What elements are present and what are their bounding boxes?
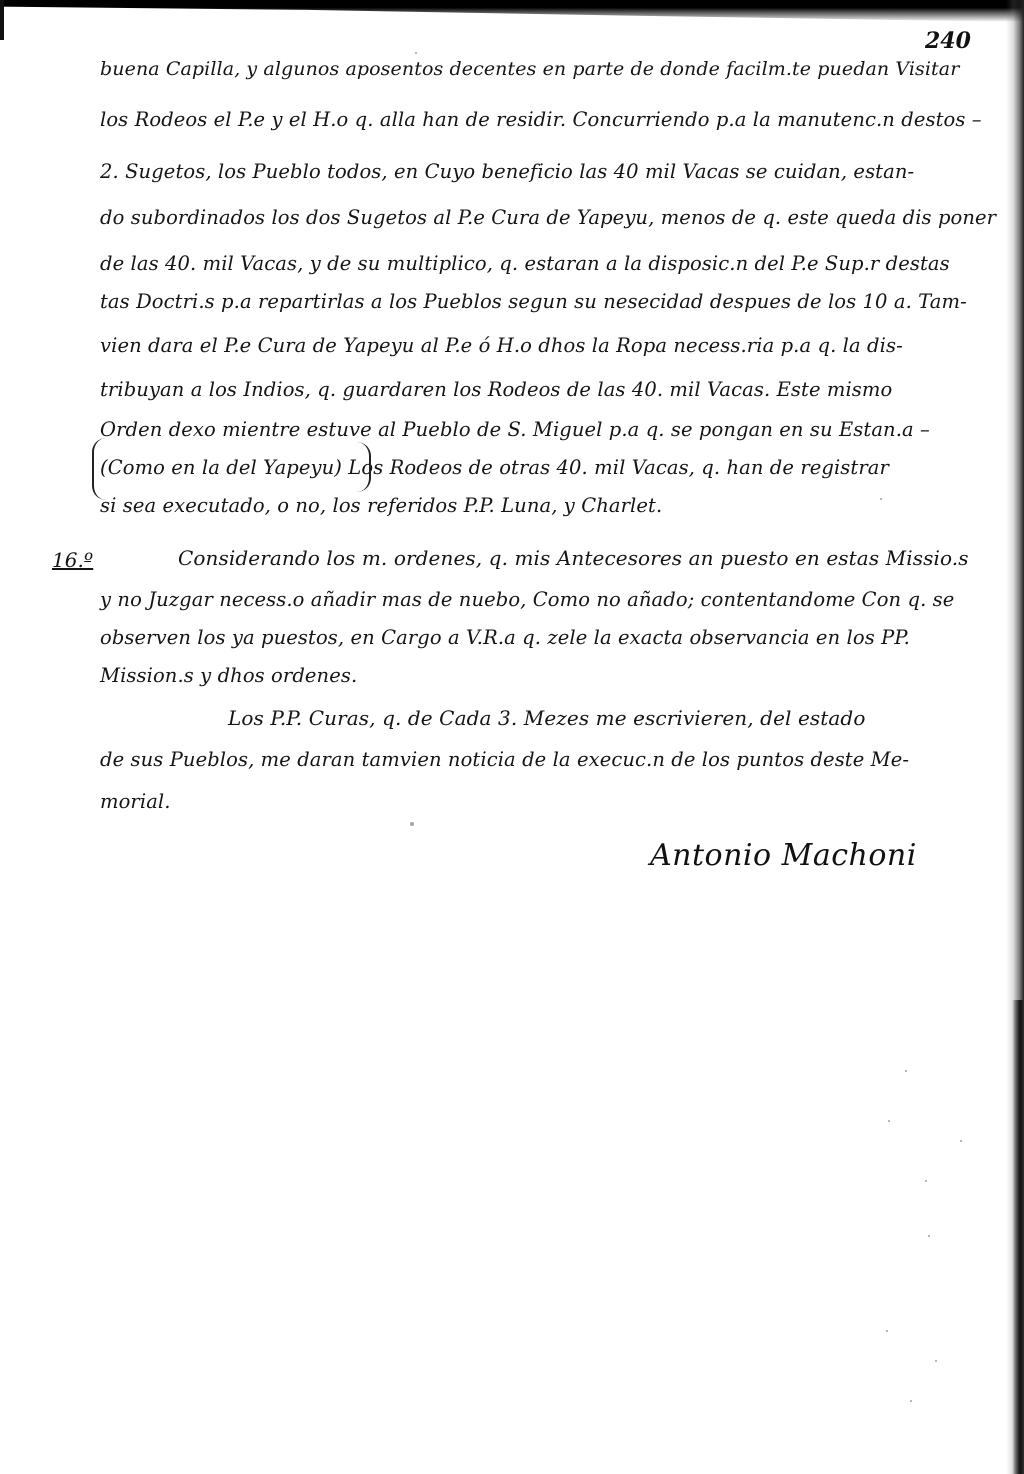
bracket-close: [355, 442, 371, 492]
signature: Antonio Machoni: [650, 838, 917, 873]
manuscript-line: morial.: [100, 790, 171, 813]
manuscript-line: Mission.s y dhos ordenes.: [100, 664, 357, 687]
manuscript-line: si sea executado, o no, los referidos P.…: [100, 494, 662, 517]
paragraph-number: 16.º: [52, 548, 93, 572]
scan-left-edge: [0, 0, 4, 40]
manuscript-line: y no Juzgar necess.o añadir mas de nuebo…: [100, 588, 954, 611]
manuscript-line: los Rodeos el P.e y el H.o q. alla han d…: [100, 108, 982, 131]
manuscript-line: do subordinados los dos Sugetos al P.e C…: [100, 206, 996, 229]
manuscript-line: Considerando los m. ordenes, q. mis Ante…: [178, 546, 969, 570]
scan-top-shadow: [0, 0, 1024, 22]
folio-number: 240: [925, 28, 971, 54]
manuscript-line: tribuyan a los Indios, q. guardaren los …: [100, 378, 892, 401]
manuscript-line: vien dara el P.e Cura de Yapeyu al P.e ó…: [100, 334, 903, 357]
manuscript-line: 2. Sugetos, los Pueblo todos, en Cuyo be…: [100, 160, 914, 183]
manuscript-line: Orden dexo mientre estuve al Pueblo de S…: [100, 418, 930, 441]
manuscript-line: Los P.P. Curas, q. de Cada 3. Mezes me e…: [228, 706, 865, 730]
manuscript-line: tas Doctri.s p.a repartirlas a los Puebl…: [100, 290, 967, 313]
manuscript-line: de sus Pueblos, me daran tamvien noticia…: [100, 748, 909, 771]
manuscript-line: observen los ya puestos, en Cargo a V.R.…: [100, 626, 910, 649]
scan-right-binding-edge: [1012, 1000, 1024, 1474]
manuscript-line: buena Capilla, y algunos aposentos decen…: [100, 58, 959, 80]
manuscript-line: (Como en la del Yapeyu) Los Rodeos de ot…: [100, 456, 889, 479]
manuscript-line: de las 40. mil Vacas, y de su multiplico…: [100, 252, 950, 275]
